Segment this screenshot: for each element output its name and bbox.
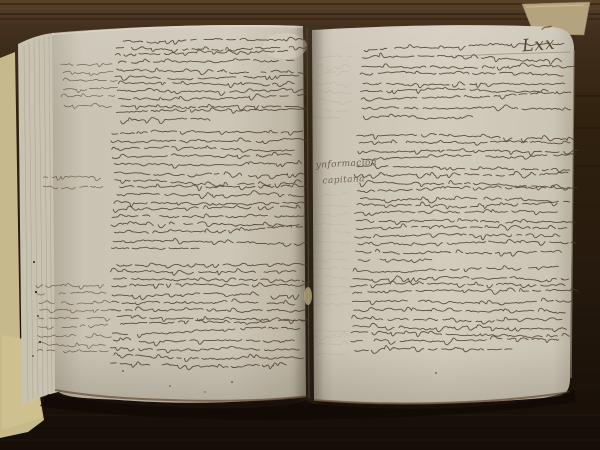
left-page xyxy=(52,25,307,403)
manuscript-scene: Lxx ynformaçion capitana xyxy=(0,0,600,450)
right-page-shading xyxy=(312,25,574,403)
right-page xyxy=(312,25,574,403)
gutter-fray xyxy=(304,287,312,305)
gutter xyxy=(294,24,324,404)
manuscript-photo: Lxx ynformaçion capitana xyxy=(0,0,600,450)
left-page-shading xyxy=(52,25,306,403)
folio-number-text: Lxx xyxy=(520,34,556,57)
right-page-speck xyxy=(435,372,437,374)
